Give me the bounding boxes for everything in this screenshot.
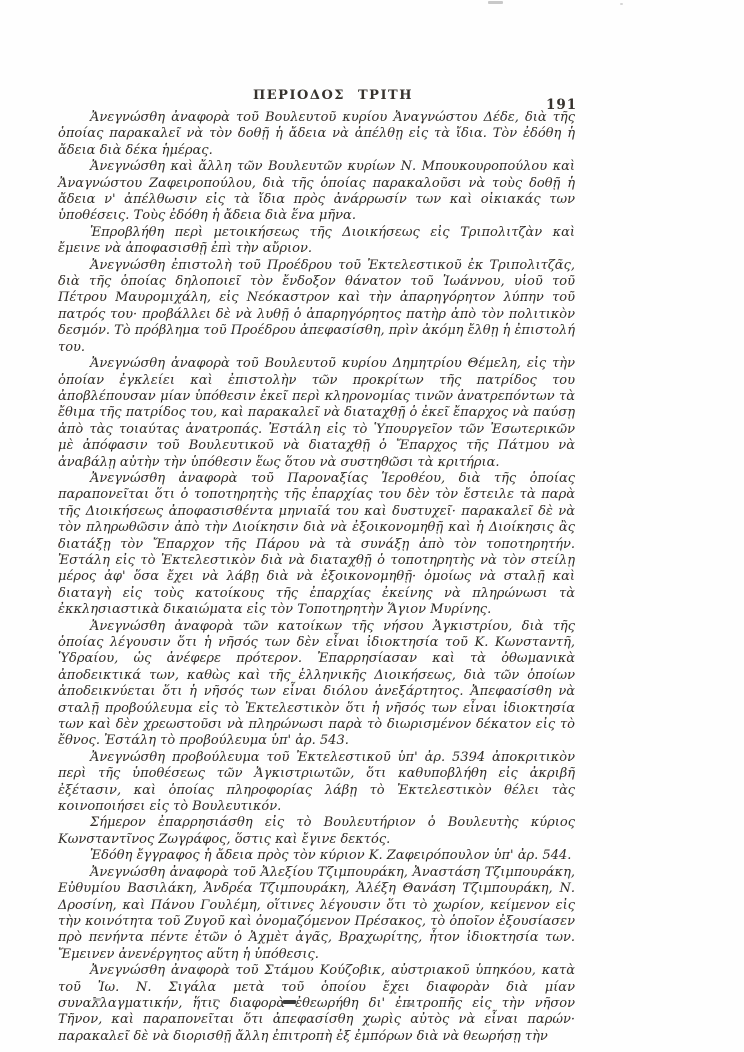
paragraph-6: Ἀνεγνώσθη ἀναφορὰ τοῦ Παροναξίας Ἱεροθέο… xyxy=(58,471,575,619)
paragraph-9: Σήμερον ἐπαρρησιάσθη εἰς τὸ Βουλευτήριον… xyxy=(58,815,575,848)
paragraph-7: Ἀνεγνώσθη ἀναφορὰ τῶν κατοίκων τῆς νήσου… xyxy=(58,619,575,750)
scan-artifact-bottom-3 xyxy=(283,1000,296,1004)
page-body-text: Ἀνεγνώσθη ἀναφορὰ τοῦ Βουλευτοῦ κυρίου Ἀ… xyxy=(58,110,575,1045)
paragraph-12: Ἀνεγνώσθη ἀναφορὰ τοῦ Στάμου Κούζοβικ, α… xyxy=(58,963,575,1045)
running-head-title: ΠΕΡΙΟΔΟΣ ΤΡΙΤΗ xyxy=(58,88,608,103)
scan-artifact-bottom-4 xyxy=(407,1003,414,1006)
paragraph-2: Ἀνεγνώσθη καὶ ἄλλη τῶν Βουλευτῶν κυρίων … xyxy=(58,159,575,225)
paragraph-10: Ἐδόθη ἔγγραφος ἡ ἄδεια πρὸς τὸν κύριον Κ… xyxy=(58,848,575,864)
paragraph-3: Ἐπροβλήθη περὶ μετοικήσεως τῆς Διοικήσεω… xyxy=(58,225,575,258)
scanned-book-page: ΠΕΡΙΟΔΟΣ ΤΡΙΤΗ 191 Ἀνεγνώσθη ἀναφορὰ τοῦ… xyxy=(0,0,744,1052)
scan-artifact-top-dot xyxy=(620,3,623,5)
scan-artifact-bottom-1 xyxy=(93,998,101,1001)
scan-artifact-bottom-2 xyxy=(213,999,219,1001)
paragraph-1: Ἀνεγνώσθη ἀναφορὰ τοῦ Βουλευτοῦ κυρίου Ἀ… xyxy=(58,110,575,159)
paragraph-11: Ἀνεγνώσθη ἀναφορὰ τοῦ Ἀλεξίου Τζιμπουράκ… xyxy=(58,865,575,963)
scan-artifact-top-dash xyxy=(488,1,503,4)
paragraph-5: Ἀνεγνώσθη ἀναφορὰ τοῦ Βουλευτοῦ κυρίου Δ… xyxy=(58,356,575,471)
paragraph-4: Ἀνεγνώσθη ἐπιστολὴ τοῦ Προέδρου τοῦ Ἐκτε… xyxy=(58,258,575,356)
paragraph-8: Ἀνεγνώσθη προβούλευμα τοῦ Ἐκτελεστικοῦ ὑ… xyxy=(58,750,575,816)
